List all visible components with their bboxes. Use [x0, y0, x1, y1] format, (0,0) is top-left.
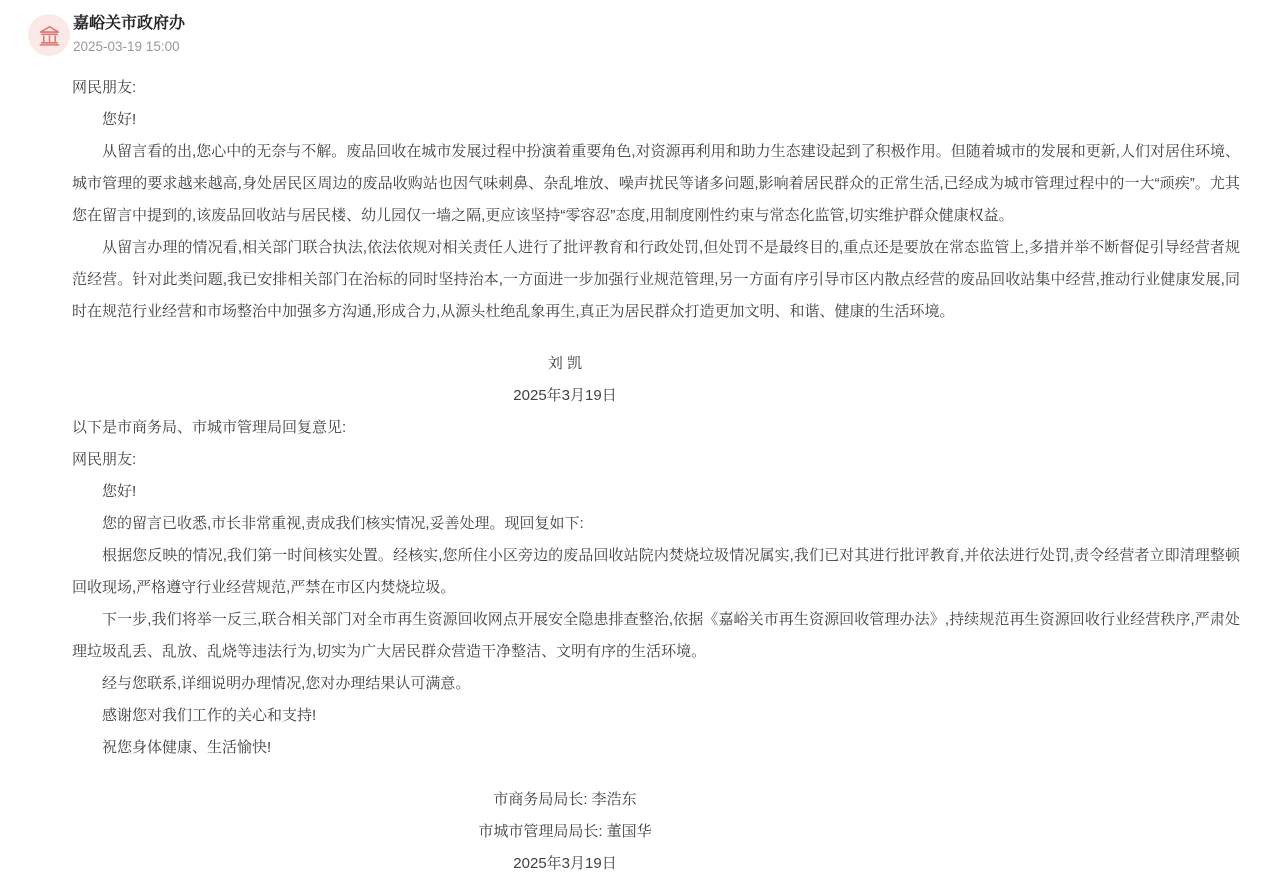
- signature-block-gov-office: 刘 凯 2025年3月19日: [72, 348, 1058, 412]
- signature-name: 刘 凯: [72, 348, 1058, 380]
- reply-post: 嘉峪关市政府办 2025-03-19 15:00 网民朋友: 您好! 从留言看的…: [0, 0, 1263, 880]
- paragraph: 从留言看的出,您心中的无奈与不解。废品回收在城市发展过程中扮演着重要角色,对资源…: [72, 136, 1240, 232]
- greeting: 您好!: [72, 104, 1240, 136]
- salutation: 网民朋友:: [72, 444, 1240, 476]
- government-building-icon: [37, 23, 62, 48]
- salutation: 网民朋友:: [72, 72, 1240, 104]
- reply-content: 网民朋友: 您好! 从留言看的出,您心中的无奈与不解。废品回收在城市发展过程中扮…: [28, 72, 1240, 880]
- paragraph: 经与您联系,详细说明办理情况,您对办理结果认可满意。: [72, 668, 1240, 700]
- signature-date: 2025年3月19日: [72, 848, 1058, 880]
- signature-name: 市商务局局长: 李浩东: [72, 784, 1058, 816]
- greeting: 您好!: [72, 476, 1240, 508]
- signature-date: 2025年3月19日: [72, 380, 1058, 412]
- paragraph: 根据您反映的情况,我们第一时间核实处置。经核实,您所住小区旁边的废品回收站院内焚…: [72, 540, 1240, 604]
- signature-name: 市城市管理局局长: 董国华: [72, 816, 1058, 848]
- agency-name: 嘉峪关市政府办: [73, 14, 185, 34]
- departments-intro: 以下是市商务局、市城市管理局回复意见:: [72, 412, 1240, 444]
- paragraph: 祝您身体健康、生活愉快!: [72, 732, 1240, 764]
- paragraph: 感谢您对我们工作的关心和支持!: [72, 700, 1240, 732]
- paragraph: 从留言办理的情况看,相关部门联合执法,依法依规对相关责任人进行了批评教育和行政处…: [72, 232, 1240, 328]
- paragraph: 下一步,我们将举一反三,联合相关部门对全市再生资源回收网点开展安全隐患排查整治,…: [72, 604, 1240, 668]
- post-header: 嘉峪关市政府办 2025-03-19 15:00: [28, 14, 1240, 56]
- signature-block-departments: 市商务局局长: 李浩东 市城市管理局局长: 董国华 2025年3月19日: [72, 784, 1058, 880]
- paragraph: 您的留言已收悉,市长非常重视,责成我们核实情况,妥善处理。现回复如下:: [72, 508, 1240, 540]
- timestamp: 2025-03-19 15:00: [73, 38, 185, 56]
- post-header-text: 嘉峪关市政府办 2025-03-19 15:00: [70, 14, 185, 56]
- avatar: [28, 14, 70, 56]
